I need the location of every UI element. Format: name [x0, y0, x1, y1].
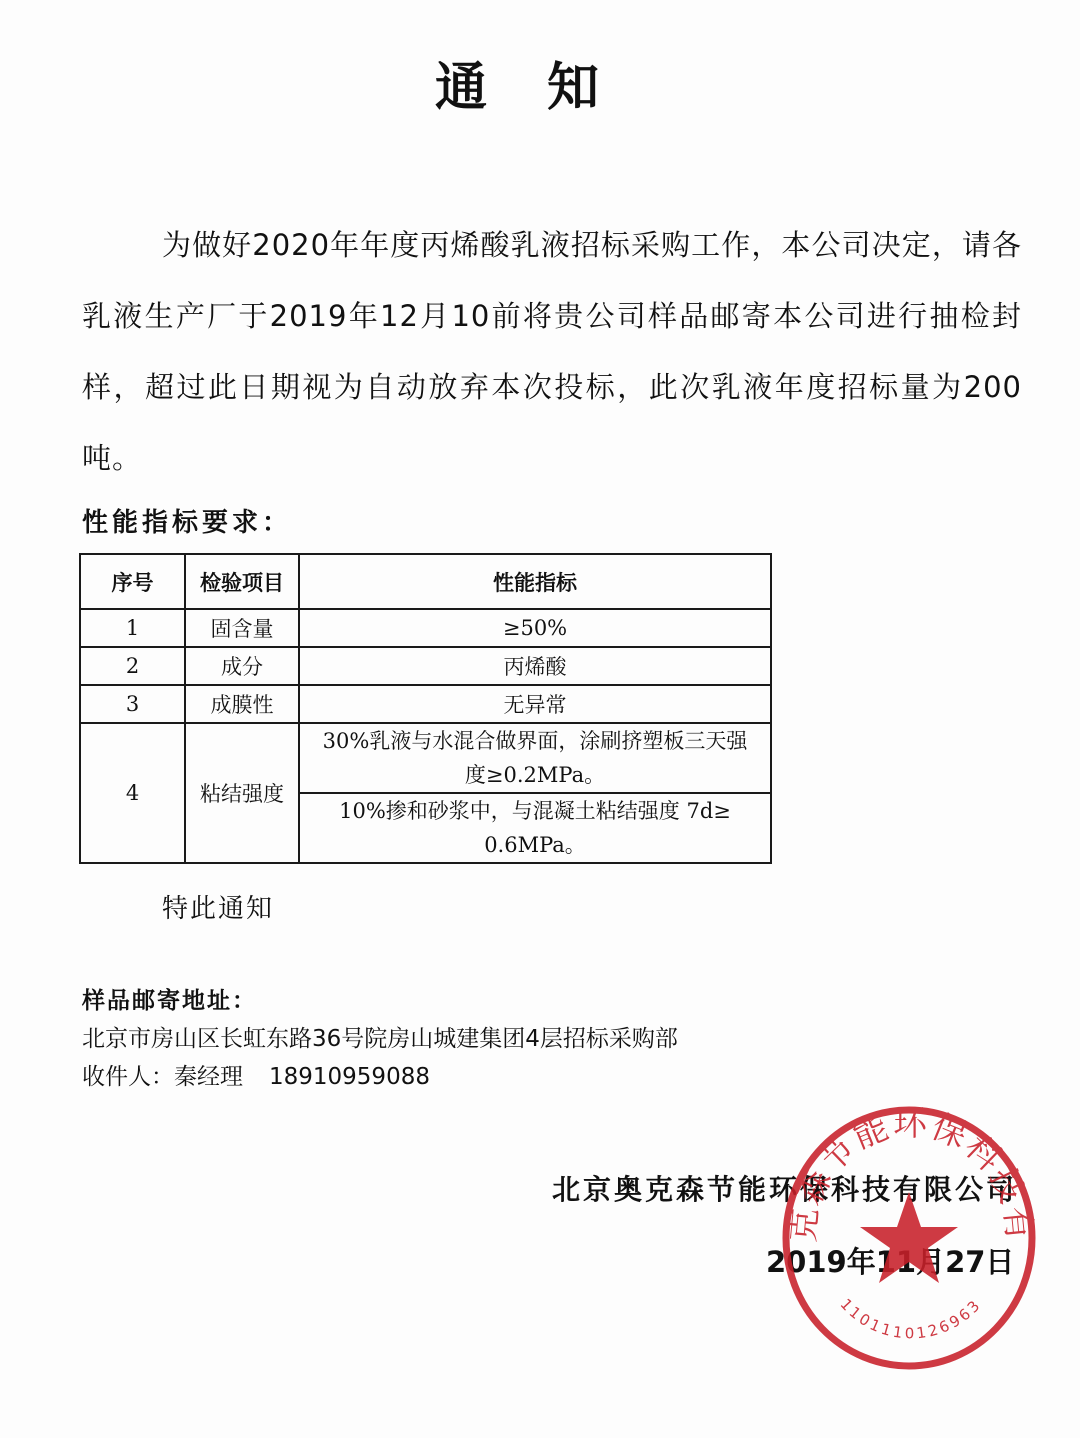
phone-number: 18910959088 [269, 1064, 430, 1090]
cell-spec: 无异常 [299, 685, 771, 723]
table-row: 1 固含量 ≥50% [80, 609, 771, 647]
spec-a-line1: 30%乳液与水混合做界面，涂刷挤塑板三天强 [304, 724, 766, 758]
table-row: 4 粘结强度 30%乳液与水混合做界面，涂刷挤塑板三天强 度≥0.2MPa。 [80, 723, 771, 793]
seal-code: 1101110126963 [837, 1295, 986, 1342]
table-row: 2 成分 丙烯酸 [80, 647, 771, 685]
closing-text: 特此通知 [162, 888, 274, 925]
recipient-label: 收件人：秦经理 [82, 1064, 243, 1090]
cell-no: 4 [80, 723, 185, 863]
company-signature: 北京奥克森节能环保科技有限公司 [552, 1168, 1017, 1208]
cell-spec-a: 30%乳液与水混合做界面，涂刷挤塑板三天强 度≥0.2MPa。 [299, 723, 771, 793]
cell-spec: ≥50% [299, 609, 771, 647]
cell-spec: 丙烯酸 [299, 647, 771, 685]
spec-b-line2: 0.6MPa。 [304, 828, 766, 862]
cell-item: 成分 [185, 647, 299, 685]
header-no: 序号 [80, 554, 185, 609]
cell-item: 固含量 [185, 609, 299, 647]
body-paragraph: 为做好2020年年度丙烯酸乳液招标采购工作，本公司决定，请各乳液生产厂于2019… [82, 210, 1022, 494]
spec-table: 序号 检验项目 性能指标 1 固含量 ≥50% 2 成分 丙烯酸 3 成膜性 无… [79, 553, 772, 864]
address-line: 北京市房山区长虹东路36号院房山城建集团4层招标采购部 [82, 1020, 678, 1058]
header-item: 检验项目 [185, 554, 299, 609]
address-block: 样品邮寄地址： 北京市房山区长虹东路36号院房山城建集团4层招标采购部 收件人：… [82, 982, 678, 1096]
table-header-row: 序号 检验项目 性能指标 [80, 554, 771, 609]
spec-a-line2: 度≥0.2MPa。 [304, 758, 766, 792]
section-heading: 性能指标要求： [82, 502, 292, 539]
signature-date: 2019年11月27日 [766, 1240, 1014, 1281]
cell-no: 1 [80, 609, 185, 647]
company-seal-icon: 北京奥克森节能环保科技有限公司 1101110126963 [778, 1100, 1040, 1372]
table-row: 3 成膜性 无异常 [80, 685, 771, 723]
svg-text:1101110126963: 1101110126963 [837, 1295, 986, 1342]
address-label: 样品邮寄地址： [82, 982, 678, 1020]
page-title: 通知 [0, 45, 1080, 120]
recipient-line: 收件人：秦经理18910959088 [82, 1058, 678, 1096]
cell-no: 3 [80, 685, 185, 723]
notice-page: 通知 为做好2020年年度丙烯酸乳液招标采购工作，本公司决定，请各乳液生产厂于2… [0, 0, 1080, 1438]
header-spec: 性能指标 [299, 554, 771, 609]
cell-item: 成膜性 [185, 685, 299, 723]
cell-no: 2 [80, 647, 185, 685]
cell-item: 粘结强度 [185, 723, 299, 863]
spec-b-line1: 10%掺和砂浆中，与混凝土粘结强度 7d≥ [304, 794, 766, 828]
cell-spec-b: 10%掺和砂浆中，与混凝土粘结强度 7d≥ 0.6MPa。 [299, 793, 771, 863]
